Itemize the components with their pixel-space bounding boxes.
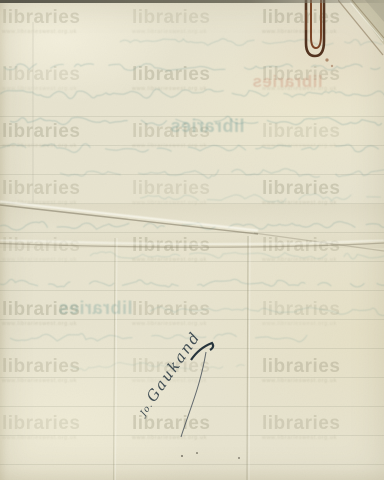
watermark-text: libraries [132,65,256,84]
mirrored-watermark: libraries [252,72,323,92]
watermark-text: libraries [132,8,256,27]
watermark: librarieswww.librarieswest.org.uk [2,8,126,35]
paper-speck [238,457,240,459]
rust-speck [331,65,333,67]
rust-speck [325,58,328,61]
paper-speck [196,452,198,454]
mirrored-watermark: libraries [170,116,245,137]
watermark-subtext: www.librarieswest.org.uk [2,29,126,35]
watermark-subtext: www.librarieswest.org.uk [132,29,256,35]
watermark: librarieswww.librarieswest.org.uk [132,8,256,35]
mirrored-watermark: libraries [58,298,133,319]
scanned-letter-page: librarieswww.librarieswest.org.uklibrari… [0,0,384,480]
watermark-text: libraries [2,65,126,84]
crease-shadow-band [0,204,384,248]
bleedthrough-handwriting-row [4,64,384,71]
folded-corner [338,0,384,58]
paper-speck [181,455,183,457]
watermark-text: libraries [2,8,126,27]
scan-top-edge [0,0,384,3]
ruled-lines-bleedthrough [0,88,384,472]
